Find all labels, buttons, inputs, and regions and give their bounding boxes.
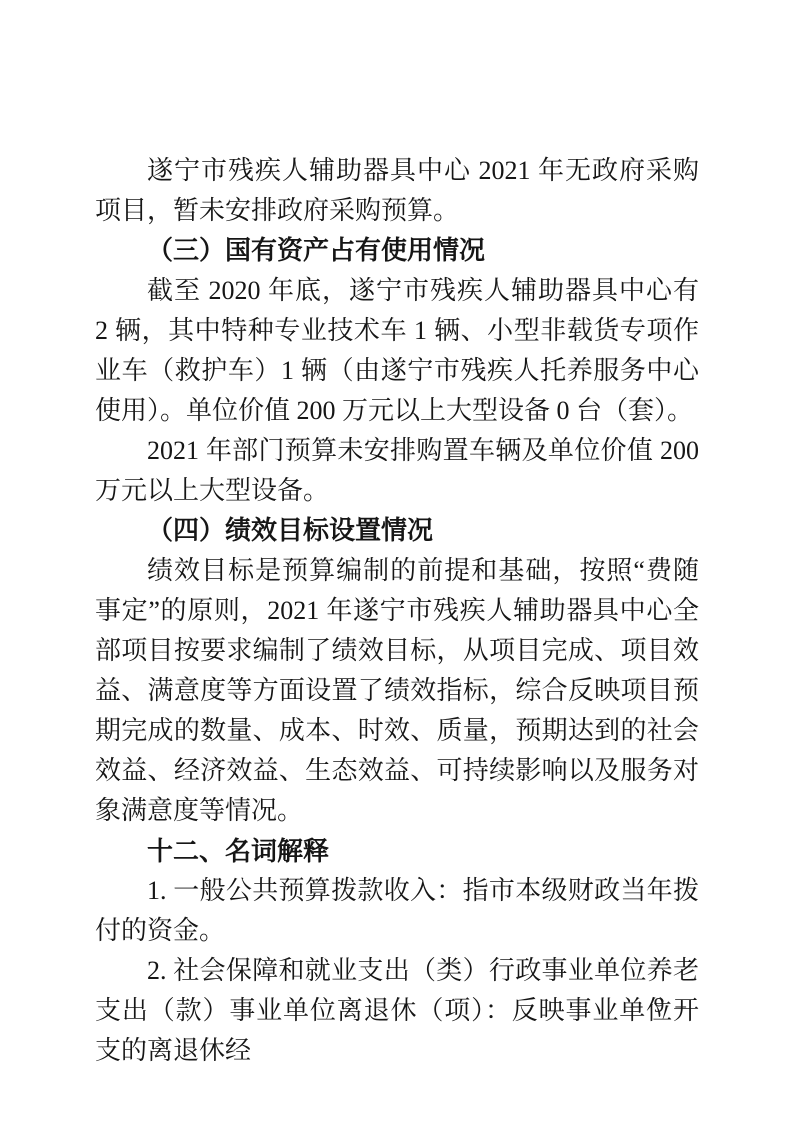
paragraph-vehicles-equipment: 截至 2020 年底，遂宁市残疾人辅助器具中心有 2 辆，其中特种专业技术车 1…	[95, 271, 699, 431]
document-page: 遂宁市残疾人辅助器具中心 2021 年无政府采购项目，暂未安排政府采购预算。 （…	[0, 0, 793, 1122]
document-body: 遂宁市残疾人辅助器具中心 2021 年无政府采购项目，暂未安排政府采购预算。 （…	[95, 151, 699, 1071]
page-number: – 9 –	[632, 993, 689, 1017]
paragraph-procurement: 遂宁市残疾人辅助器具中心 2021 年无政府采购项目，暂未安排政府采购预算。	[95, 151, 699, 231]
paragraph-glossary-item-2: 2. 社会保障和就业支出（类）行政事业单位养老支出（款）事业单位离退休（项）：反…	[95, 951, 699, 1071]
heading-section-3-state-assets: （三）国有资产占有使用情况	[95, 231, 699, 271]
paragraph-performance-targets: 绩效目标是预算编制的前提和基础，按照“费随事定”的原则，2021 年遂宁市残疾人…	[95, 551, 699, 831]
paragraph-2021-no-purchase: 2021 年部门预算未安排购置车辆及单位价值 200 万元以上大型设备。	[95, 431, 699, 511]
paragraph-glossary-item-1: 1. 一般公共预算拨款收入：指市本级财政当年拨付的资金。	[95, 871, 699, 951]
heading-section-4-performance-targets: （四）绩效目标设置情况	[95, 511, 699, 551]
heading-section-12-glossary: 十二、名词解释	[95, 831, 699, 871]
